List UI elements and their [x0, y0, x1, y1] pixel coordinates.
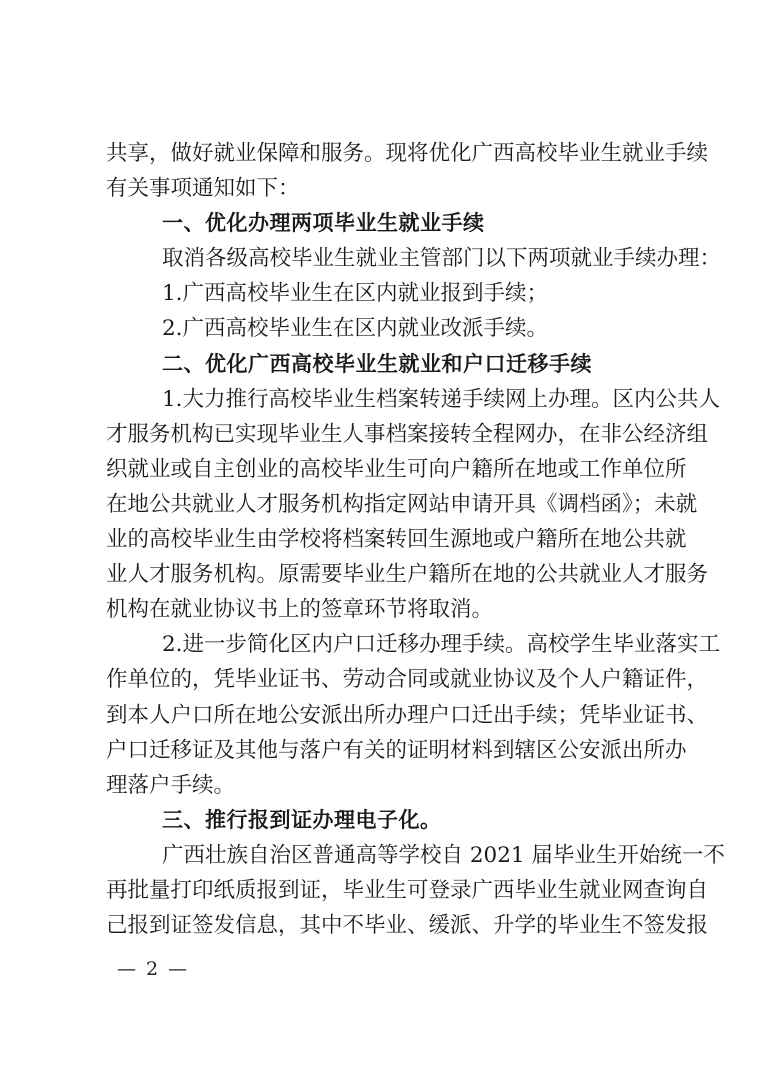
section-heading-1: 一、优化办理两项毕业生就业手续 [106, 206, 672, 241]
paragraph-line: 织就业或自主创业的高校毕业生可向户籍所在地或工作单位所 [106, 452, 672, 487]
paragraph-line: 有关事项通知如下： [106, 171, 672, 206]
document-body: 共享，做好就业保障和服务。现将优化广西高校毕业生就业手续 有关事项通知如下： 一… [106, 136, 672, 943]
paragraph-line: 2.进一步简化区内户口迁移办理手续。高校学生毕业落实工 [106, 627, 672, 662]
list-item: 2.广西高校毕业生在区内就业改派手续。 [106, 311, 672, 346]
paragraph-line: 户口迁移证及其他与落户有关的证明材料到辖区公安派出所办 [106, 733, 672, 768]
paragraph-line: 业的高校毕业生由学校将档案转回生源地或户籍所在地公共就 [106, 522, 672, 557]
paragraph-line: 广西壮族自治区普通高等学校自 2021 届毕业生开始统一不 [106, 838, 672, 873]
document-page: 共享，做好就业保障和服务。现将优化广西高校毕业生就业手续 有关事项通知如下： 一… [0, 0, 765, 1077]
paragraph-line: 作单位的，凭毕业证书、劳动合同或就业协议及个人户籍证件， [106, 662, 672, 697]
paragraph-line: 己报到证签发信息，其中不毕业、缓派、升学的毕业生不签发报 [106, 908, 672, 943]
paragraph-line: 在地公共就业人才服务机构指定网站申请开具《调档函》；未就 [106, 487, 672, 522]
paragraph-line: 再批量打印纸质报到证，毕业生可登录广西毕业生就业网查询自 [106, 873, 672, 908]
page-number: — 2 — [117, 958, 189, 980]
paragraph-line: 机构在就业协议书上的签章环节将取消。 [106, 592, 672, 627]
paragraph-line: 理落户手续。 [106, 768, 672, 803]
paragraph-line: 1.大力推行高校毕业生档案转递手续网上办理。区内公共人 [106, 382, 672, 417]
section-heading-2: 二、优化广西高校毕业生就业和户口迁移手续 [106, 347, 672, 382]
paragraph-line: 取消各级高校毕业生就业主管部门以下两项就业手续办理： [106, 241, 672, 276]
paragraph-line: 共享，做好就业保障和服务。现将优化广西高校毕业生就业手续 [106, 136, 672, 171]
list-item: 1.广西高校毕业生在区内就业报到手续； [106, 276, 672, 311]
section-heading-3: 三、推行报到证办理电子化。 [106, 803, 672, 838]
paragraph-line: 到本人户口所在地公安派出所办理户口迁出手续；凭毕业证书、 [106, 698, 672, 733]
paragraph-line: 业人才服务机构。原需要毕业生户籍所在地的公共就业人才服务 [106, 557, 672, 592]
paragraph-line: 才服务机构已实现毕业生人事档案接转全程网办，在非公经济组 [106, 417, 672, 452]
